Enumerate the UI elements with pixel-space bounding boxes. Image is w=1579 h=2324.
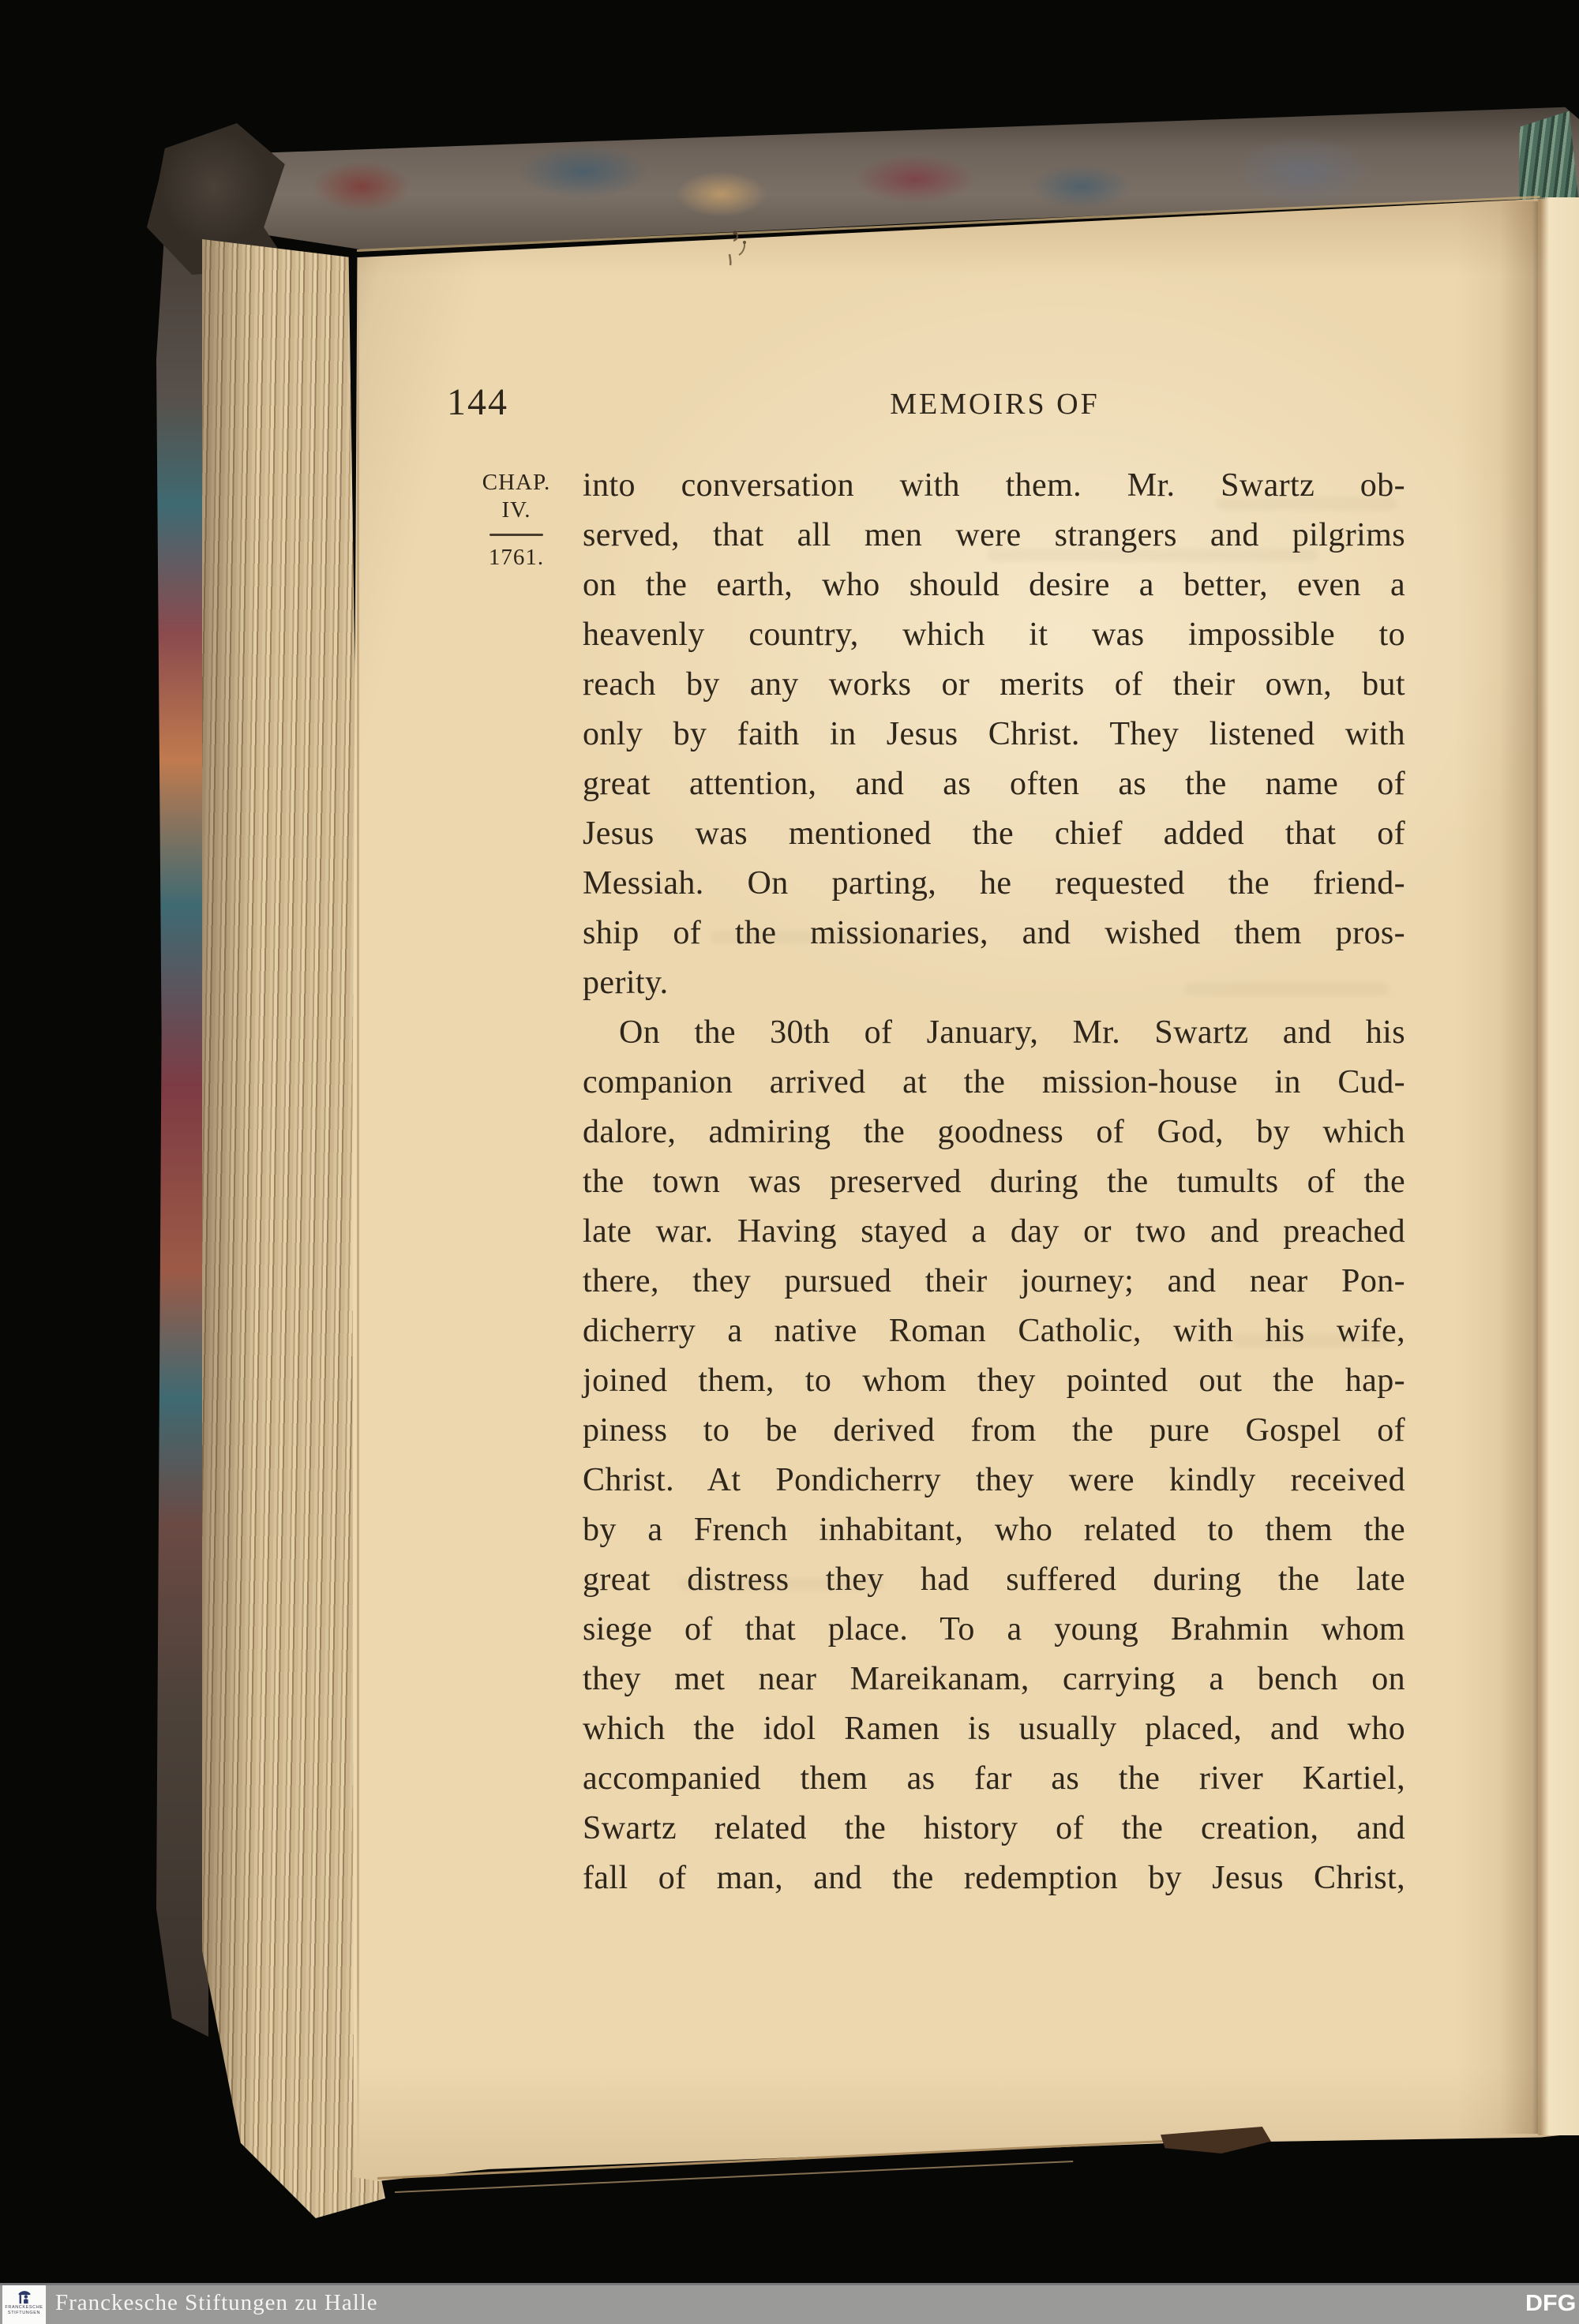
text-line: great attention, and as often as the nam… (583, 759, 1405, 809)
franckesche-emblem-icon (16, 2288, 33, 2305)
dfg-logo: DFG (1525, 2291, 1576, 2317)
text-line: fall of man, and the redemption by Jesus… (583, 1854, 1405, 1903)
logo-text-line2: STIFTUNGEN (8, 2311, 40, 2316)
provider-name: Franckesche Stiftungen zu Halle (55, 2290, 378, 2316)
scanned-book-photo: 144 MEMOIRS OF CHAP. IV. 1761. into conv… (0, 0, 1579, 2324)
text-line: there, they pursued their journey; and n… (583, 1257, 1405, 1306)
chapter-label: CHAP. (456, 469, 576, 497)
text-line: reach by any works or merits of their ow… (583, 660, 1405, 710)
text-line: by a French inhabitant, who related to t… (583, 1505, 1405, 1555)
text-line: great distress they had suffered during … (583, 1555, 1405, 1605)
text-line: late war. Having stayed a day or two and… (583, 1207, 1405, 1257)
text-line: served, that all men were strangers and … (583, 511, 1405, 560)
text-line: companion arrived at the mission-house i… (583, 1058, 1405, 1108)
chapter-numeral: IV. (456, 497, 576, 524)
margin-chapter-note: CHAP. IV. 1761. (456, 469, 576, 572)
text-line: Swartz related the history of the creati… (583, 1804, 1405, 1854)
text-line: Christ. At Pondicherry they were kindly … (583, 1456, 1405, 1505)
text-line: Jesus was mentioned the chief added that… (583, 809, 1405, 859)
text-line: only by faith in Jesus Christ. They list… (583, 710, 1405, 759)
text-line: joined them, to whom they pointed out th… (583, 1356, 1405, 1406)
franckesche-stiftungen-logo: FRANCKESCHE STIFTUNGEN (2, 2285, 46, 2324)
page-number: 144 (447, 380, 508, 424)
text-line: dalore, admiring the goodness of God, by… (583, 1108, 1405, 1157)
ink-blot-mark (720, 227, 756, 273)
text-line: accompanied them as far as the river Kar… (583, 1754, 1405, 1804)
leaf-edge-line (357, 261, 359, 2171)
text-line: On the 30th of January, Mr. Swartz and h… (583, 1008, 1405, 1058)
text-line: the town was preserved during the tumult… (583, 1157, 1405, 1207)
text-line: which the idol Ramen is usually placed, … (583, 1704, 1405, 1754)
text-line: on the earth, who should desire a better… (583, 560, 1405, 610)
text-line: piness to be derived from the pure Gospe… (583, 1406, 1405, 1456)
text-line: dicherry a native Roman Catholic, with h… (583, 1306, 1405, 1356)
text-line: into conversation with them. Mr. Swartz … (583, 461, 1405, 511)
text-line: ship of the missionaries, and wished the… (583, 909, 1405, 958)
text-line: heavenly country, which it was impossibl… (583, 610, 1405, 660)
book-marbled-cover-edge (156, 213, 208, 2037)
text-line: perity. (583, 958, 1405, 1008)
text-line: siege of that place. To a young Brahmin … (583, 1605, 1405, 1655)
margin-year: 1761. (456, 544, 576, 572)
body-text: into conversation with them. Mr. Swartz … (583, 461, 1405, 1903)
next-page-edge (1538, 197, 1579, 2135)
text-line: they met near Mareikanam, carrying a ben… (583, 1655, 1405, 1704)
text-line: Messiah. On parting, he requested the fr… (583, 859, 1405, 909)
gutter-shadow (1500, 201, 1538, 2134)
running-header: MEMOIRS OF (845, 387, 1145, 422)
margin-rule (489, 534, 543, 536)
